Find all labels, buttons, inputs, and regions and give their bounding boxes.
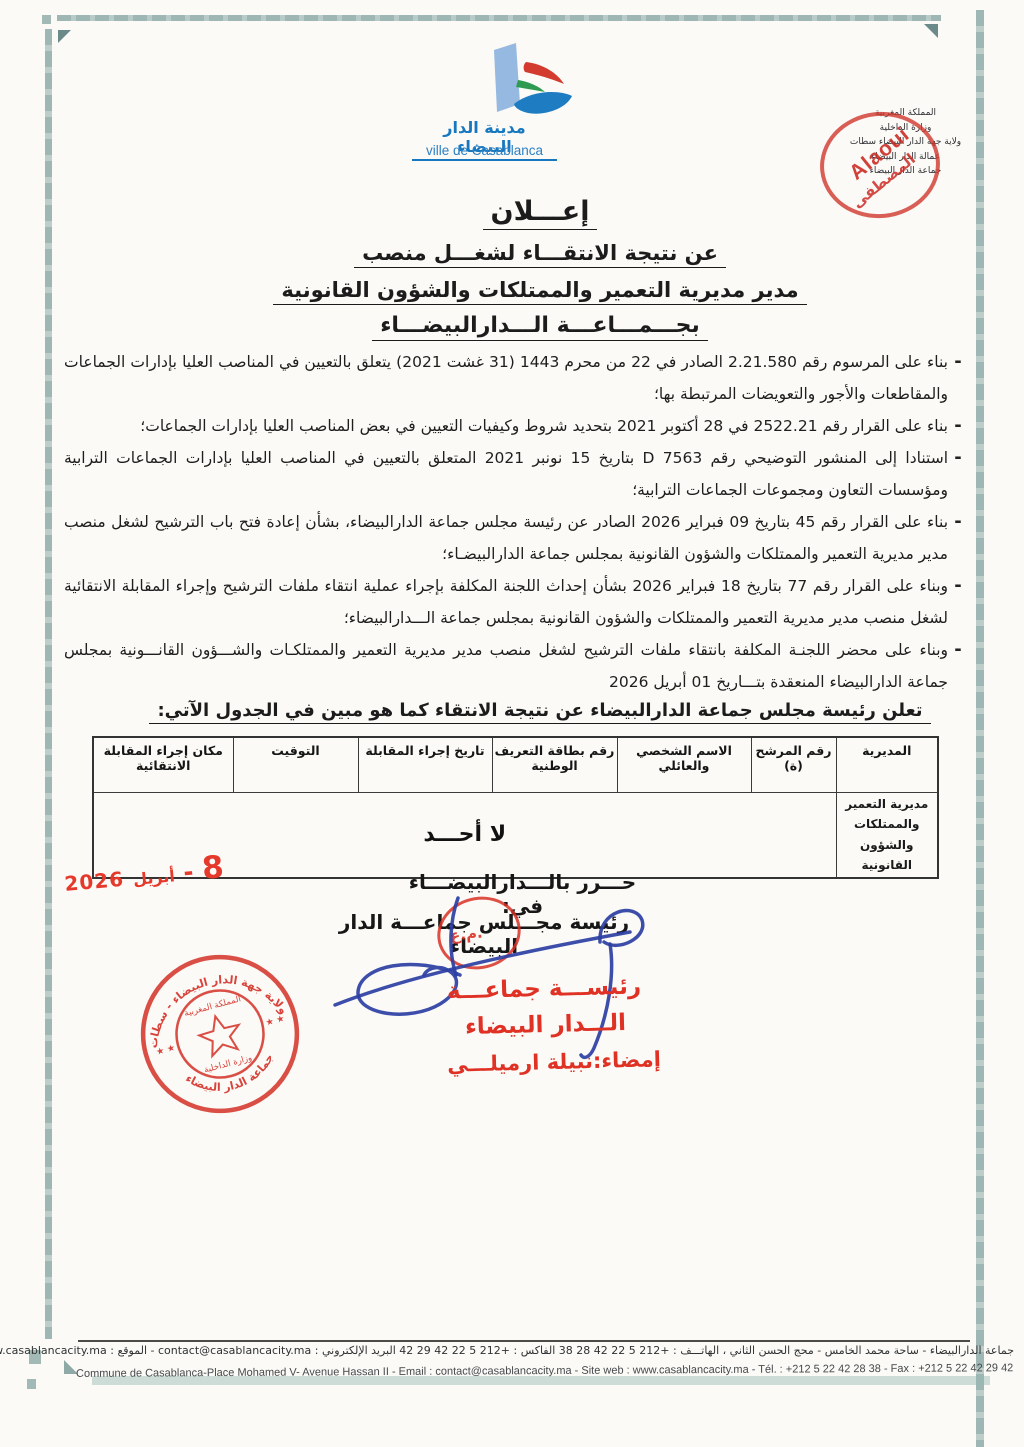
col-interview-date: تاريخ إجراء المقابلة xyxy=(358,737,492,793)
bullet-text-order-2522: بناء على القرار رقم 2522.21 في 28 أكتوبر… xyxy=(64,410,948,442)
date-stamp: 8 - أبريل 2026 xyxy=(63,849,225,899)
table-intro-line: تعلن رئيسة مجلس جماعة الدارالبيضاء عن نت… xyxy=(56,700,1024,724)
announcement-title: إعـــلان xyxy=(56,196,1024,230)
scanned-document-page: مدينة الدار البيضاء ville de Casablanca … xyxy=(0,0,1024,1447)
table-header-row: المديرية رقم المرشح (ة) الاسم الشخصي وال… xyxy=(93,737,938,793)
bullet-text-decision-77: وبناء على القرار رقم 77 بتاريخ 18 فبراير… xyxy=(64,570,948,634)
bullet-text-decision-45: بناء على القرار رقم 45 بتاريخ 09 فبراير … xyxy=(64,506,948,570)
cell-directorate: مديرية التعمير والممتلكات والشؤون القانو… xyxy=(836,793,938,878)
preamble-bullets: - بناء على المرسوم رقم 2.21.580 الصادر ف… xyxy=(64,346,968,698)
bullet-text-committee-minutes: وبناء على محضر اللجنـة المكلفة بانتقاء م… xyxy=(64,634,948,698)
bullet-item-5: - وبناء على القرار رقم 77 بتاريخ 18 فبرا… xyxy=(64,570,968,634)
scan-border-left xyxy=(45,29,52,1339)
bullet-text-circular-7563: استنادا إلى المنشور التوضيحي رقم 7563 D … xyxy=(64,442,948,506)
bullet-dash: - xyxy=(948,346,968,410)
signature-caption-president: رئيســـة جماعـــة xyxy=(438,973,651,1005)
date-stamp-separator: - xyxy=(182,858,194,887)
col-candidate-number: رقم المرشح (ة) xyxy=(751,737,836,793)
announcement-subtitle-3: بجـــمـــاعـــة الـــدارالبيضـــاء xyxy=(56,313,1024,341)
footer-separator-line xyxy=(78,1340,970,1342)
announcement-subtitle-1: عن نتيجة الانتقـــاء لشغـــل منصب xyxy=(56,241,1024,268)
col-interview-place: مكان إجراء المقابلة الانتقائية xyxy=(93,737,233,793)
announcement-subtitle-3-text: بجـــمـــاعـــة الـــدارالبيضـــاء xyxy=(372,313,708,341)
announcement-title-text: إعـــلان xyxy=(483,196,598,230)
footer-arabic-contact-line: جماعة الدارالبيضاء - ساحة محمد الخامس - … xyxy=(64,1344,1014,1357)
scan-corner-triangle-top-left xyxy=(58,30,71,43)
bullet-item-6: - وبناء على محضر اللجنـة المكلفة بانتقاء… xyxy=(64,634,968,698)
date-stamp-day: 8 xyxy=(201,849,226,887)
bullet-dash: - xyxy=(948,442,968,506)
scan-mark-bottom-left-square-2 xyxy=(27,1379,36,1389)
bullet-item-4: - بناء على القرار رقم 45 بتاريخ 09 فبراي… xyxy=(64,506,968,570)
table-intro-text: تعلن رئيسة مجلس جماعة الدارالبيضاء عن نت… xyxy=(149,700,930,724)
logo-subtitle-french: ville de Casablanca xyxy=(407,143,562,158)
bullet-dash: - xyxy=(948,570,968,634)
col-full-name: الاسم الشخصي والعائلي xyxy=(617,737,751,793)
col-time: التوقيت xyxy=(233,737,358,793)
seal-stars-right: ★ ★ xyxy=(265,1014,286,1029)
col-national-id: رقم بطاقة التعريف الوطنية xyxy=(492,737,617,793)
col-directorate: المديرية xyxy=(836,737,938,793)
bullet-dash: - xyxy=(948,634,968,698)
date-stamp-year: 2026 xyxy=(64,867,126,896)
bullet-dash: - xyxy=(948,410,968,442)
scan-border-top xyxy=(57,15,941,21)
scan-mark-top-left-square xyxy=(42,15,51,24)
bullet-item-1: - بناء على المرسوم رقم 2.21.580 الصادر ف… xyxy=(64,346,968,410)
seal-inner-ministry-text: وزارة الداخلية xyxy=(203,1053,253,1075)
scan-corner-triangle-top-right xyxy=(924,24,938,38)
bullet-item-3: - استنادا إلى المنشور التوضيحي رقم 7563 … xyxy=(64,442,968,506)
announcement-subtitle-1-text: عن نتيجة الانتقـــاء لشغـــل منصب xyxy=(354,241,726,268)
casablanca-logo-mark xyxy=(482,42,582,122)
announcement-subtitle-2-text: مدير مديرية التعمير والممتلكات والشؤون ا… xyxy=(273,278,806,305)
date-stamp-month: أبريل xyxy=(132,866,175,889)
bullet-item-2: - بناء على القرار رقم 2522.21 في 28 أكتو… xyxy=(64,410,968,442)
announcement-subtitle-2: مدير مديرية التعمير والممتلكات والشؤون ا… xyxy=(56,278,1024,305)
official-commune-seal: ولاية جهة الدار البيضاء - سطات جماعة الد… xyxy=(133,947,307,1121)
bullet-text-decree: بناء على المرسوم رقم 2.21.580 الصادر في … xyxy=(64,346,948,410)
bullet-dash: - xyxy=(948,506,968,570)
seal-inner-kingdom-text: المملكة المغربية xyxy=(183,994,242,1019)
